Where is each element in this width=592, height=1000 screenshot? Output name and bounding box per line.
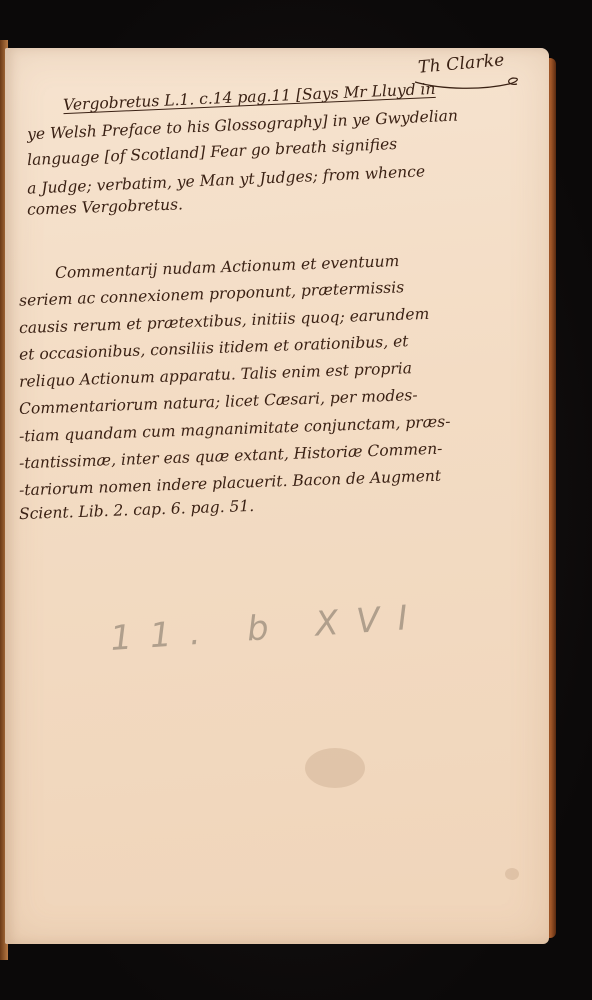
note-line: Vergobretus L.1. c.14 pag.11 [Says Mr Ll…: [63, 82, 436, 114]
quote-line: Commentariorum natura; licet Cæsari, per…: [19, 388, 418, 417]
note-line: a Judge; verbatim, ye Man yt Judges; fro…: [27, 164, 426, 197]
quote-line: -tiam quandam cum magnanimitate conjunct…: [19, 414, 451, 445]
quote-line: et occasionibus, consiliis itidem et ora…: [19, 334, 409, 363]
note-line: language [of Scotland] Fear go breath si…: [27, 137, 398, 169]
quote-line: -tariorum nomen indere placuerit. Bacon …: [19, 469, 442, 499]
quote-line: Commentarij nudam Actionum et eventuum: [55, 254, 400, 282]
paper-stain: [305, 748, 365, 788]
pencil-shelfmark: 11. b XVI: [109, 597, 427, 659]
note-line: comes Vergobretus.: [27, 197, 183, 218]
quote-line: seriem ac connexionem proponunt, præterm…: [19, 280, 405, 309]
quote-line: reliquo Actionum apparatu. Talis enim es…: [19, 361, 412, 390]
quote-line: Scient. Lib. 2. cap. 6. pag. 51.: [19, 499, 255, 523]
quote-line: -tantissimæ, inter eas quæ extant, Histo…: [19, 442, 443, 472]
flyleaf-page: Th Clarke Vergobretus L.1. c.14 pag.11 […: [5, 48, 549, 944]
paper-spot: [505, 868, 519, 880]
quote-line: causis rerum et prætextibus, initiis quo…: [19, 307, 430, 337]
